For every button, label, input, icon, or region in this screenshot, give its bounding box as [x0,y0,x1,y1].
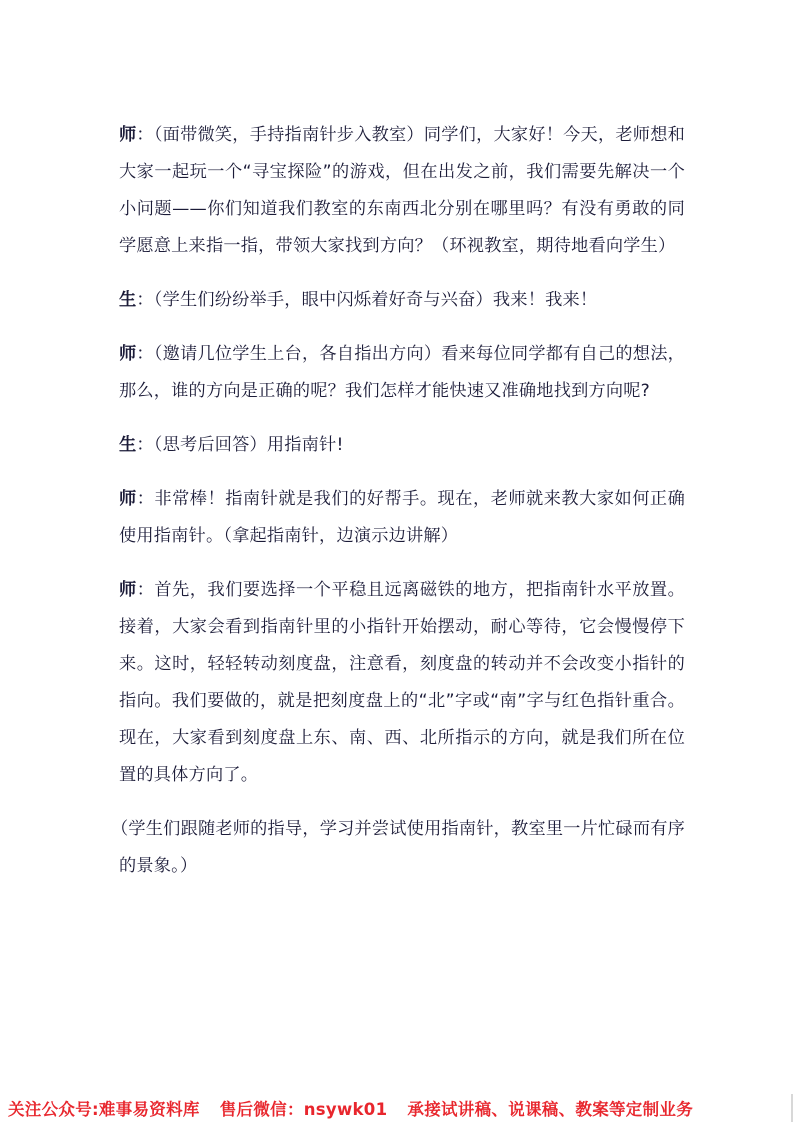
speaker-separator: ： [136,125,153,145]
speaker-separator: ： [137,580,155,600]
speaker-label: 师 [119,489,137,509]
speaker-label: 生 [119,435,136,455]
dialogue-text: （学生们纷纷举手，眼中闪烁着好奇与兴奋）我来！我来！ [154,290,597,310]
footer-account: 关注公众号:难事易资料库 [8,1100,200,1119]
speaker-separator: ： [136,344,153,364]
dialogue-paragraph: 生：（学生们纷纷举手，眼中闪烁着好奇与兴奋）我来！我来！ [119,282,685,319]
dialogue-text: 首先，我们要选择一个平稳且远离磁铁的地方，把指南针水平放置。接着，大家会看到指南… [119,580,685,785]
footer-banner: 关注公众号:难事易资料库 售后微信：nsywk01 承接试讲稿、说课稿、教案等定… [8,1096,793,1120]
speaker-separator: ： [137,489,155,509]
dialogue-text: （思考后回答）用指南针! [154,435,344,455]
footer-wechat: 售后微信：nsywk01 [220,1100,388,1119]
speaker-label: 师 [119,344,136,364]
speaker-separator: ： [136,435,153,455]
footer-service: 承接试讲稿、说课稿、教案等定制业务 [407,1100,693,1119]
narration-paragraph: （学生们跟随老师的指导，学习并尝试使用指南针，教室里一片忙碌而有序的景象。） [119,811,685,885]
dialogue-paragraph: 师：（面带微笑，手持指南针步入教室）同学们，大家好！今天，老师想和大家一起玩一个… [119,117,685,265]
dialogue-paragraph: 师：非常棒！指南针就是我们的好帮手。现在，老师就来教大家如何正确使用指南针。（拿… [119,481,685,555]
dialogue-text: （邀请几位学生上台，各自指出方向）看来每位同学都有自己的想法，那么，谁的方向是正… [119,344,685,401]
speaker-label: 师 [119,125,136,145]
speaker-separator: ： [136,290,153,310]
dialogue-paragraph: 生：（思考后回答）用指南针! [119,427,685,464]
dialogue-text: （面带微笑，手持指南针步入教室）同学们，大家好！今天，老师想和大家一起玩一个“寻… [119,125,685,256]
dialogue-text: 非常棒！指南针就是我们的好帮手。现在，老师就来教大家如何正确使用指南针。（拿起指… [119,489,685,546]
speaker-label: 生 [119,290,136,310]
dialogue-paragraph: 师：（邀请几位学生上台，各自指出方向）看来每位同学都有自己的想法，那么，谁的方向… [119,336,685,410]
speaker-label: 师 [119,580,137,600]
document-body: 师：（面带微笑，手持指南针步入教室）同学们，大家好！今天，老师想和大家一起玩一个… [119,117,685,902]
dialogue-paragraph: 师：首先，我们要选择一个平稳且远离磁铁的地方，把指南针水平放置。接着，大家会看到… [119,572,685,794]
